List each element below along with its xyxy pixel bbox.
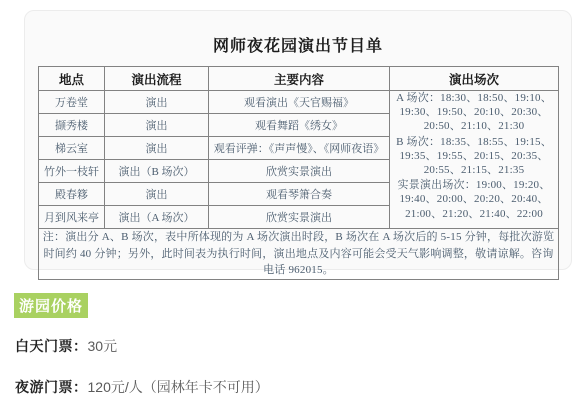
day-ticket-line: 白天门票：30元: [15, 336, 117, 356]
location-cell: 梯云室: [39, 137, 105, 160]
process-cell: 演出: [105, 91, 209, 114]
process-cell: 演出（A 场次）: [105, 206, 209, 229]
header-process: 演出流程: [105, 67, 209, 91]
location-cell: 竹外一枝轩: [39, 160, 105, 183]
location-cell: 殿春簃: [39, 183, 105, 206]
table-row: 万卷堂 演出 观看演出《天官赐福》 A 场次：18:30、18:50、19:10…: [39, 91, 559, 114]
header-location: 地点: [39, 67, 105, 91]
night-ticket-label: 夜游门票：: [15, 379, 88, 395]
process-cell: 演出: [105, 137, 209, 160]
note-cell: 注：演出分 A、B 场次，表中所体现的为 A 场次演出时段，B 场次在 A 场次…: [39, 229, 559, 280]
day-ticket-value: 30元: [88, 338, 118, 354]
content-cell: 观看舞蹈《绣女》: [209, 114, 390, 137]
header-sessions: 演出场次: [390, 67, 559, 91]
table-header-row: 地点 演出流程 主要内容 演出场次: [39, 67, 559, 91]
content-cell: 观看评弹：《声声慢》、《网师夜语》: [209, 137, 390, 160]
content-cell: 观看琴箫合奏: [209, 183, 390, 206]
sessions-cell: A 场次：18:30、18:50、19:10、19:30、19:50、20:10…: [390, 91, 559, 229]
day-ticket-label: 白天门票：: [15, 338, 88, 354]
location-cell: 撷秀楼: [39, 114, 105, 137]
process-cell: 演出: [105, 183, 209, 206]
content-cell: 欣赏实景演出: [209, 160, 390, 183]
program-title: 网师夜花园演出节目单: [25, 33, 571, 56]
content-cell: 欣赏实景演出: [209, 206, 390, 229]
page: 网师夜花园演出节目单 地点 演出流程 主要内容 演出场次 万卷堂 演出 观看演出…: [0, 0, 583, 400]
content-cell: 观看演出《天官赐福》: [209, 91, 390, 114]
process-cell: 演出: [105, 114, 209, 137]
program-schedule-card: 网师夜花园演出节目单 地点 演出流程 主要内容 演出场次 万卷堂 演出 观看演出…: [24, 10, 572, 270]
table-note-row: 注：演出分 A、B 场次，表中所体现的为 A 场次演出时段，B 场次在 A 场次…: [39, 229, 559, 280]
program-table: 地点 演出流程 主要内容 演出场次 万卷堂 演出 观看演出《天官赐福》 A 场次…: [38, 66, 559, 280]
header-content: 主要内容: [209, 67, 390, 91]
session-b: B 场次：18:35、18:55、19:15、19:35、19:55、20:15…: [392, 135, 556, 178]
session-live: 实景演出场次：19:00、19:20、19:40、20:00、20:20、20:…: [392, 178, 556, 221]
session-a: A 场次：18:30、18:50、19:10、19:30、19:50、20:10…: [392, 91, 556, 134]
night-ticket-line: 夜游门票：120元/人（园林年卡不可用）: [15, 377, 269, 397]
pricing-heading: 游园价格: [14, 293, 88, 318]
location-cell: 万卷堂: [39, 91, 105, 114]
location-cell: 月到风来亭: [39, 206, 105, 229]
process-cell: 演出（B 场次）: [105, 160, 209, 183]
night-ticket-value: 120元/人（园林年卡不可用）: [88, 379, 269, 395]
